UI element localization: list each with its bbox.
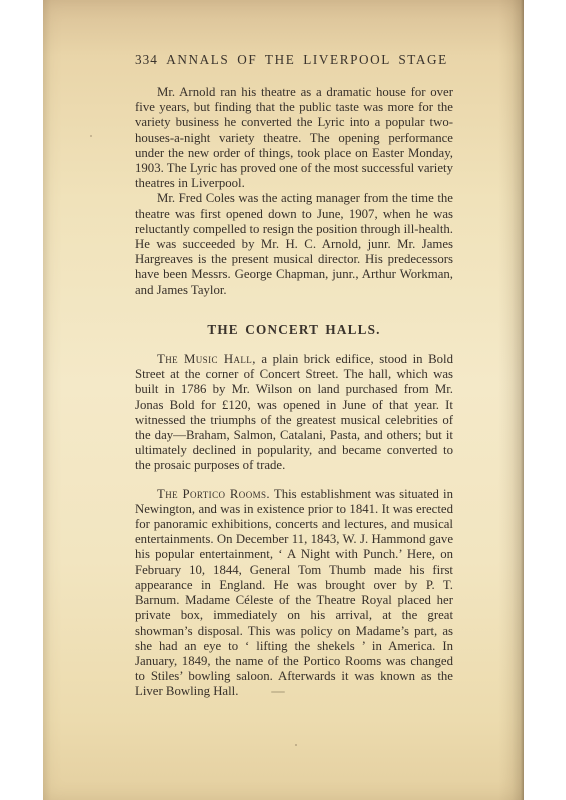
running-title: ANNALS OF THE LIVERPOOL STAGE bbox=[135, 52, 453, 67]
music-hall-text: a plain brick edifice, stood in Bold Str… bbox=[135, 352, 453, 472]
portico-rooms-text: This establishment was situated in Newin… bbox=[135, 487, 453, 699]
paragraph-arnold: Mr. Arnold ran his theatre as a dramatic… bbox=[135, 85, 453, 191]
scanned-book-page: 334 ANNALS OF THE LIVERPOOL STAGE Mr. Ar… bbox=[43, 0, 524, 800]
scan-speck bbox=[90, 135, 92, 137]
page-left-edge-shading bbox=[43, 0, 51, 800]
portico-rooms-lead-smallcaps: The Portico Rooms. bbox=[157, 487, 270, 501]
page-number: 334 bbox=[135, 52, 158, 67]
page-right-edge-shading bbox=[498, 0, 524, 800]
running-head: 334 ANNALS OF THE LIVERPOOL STAGE bbox=[135, 52, 453, 69]
page-text-block: 334 ANNALS OF THE LIVERPOOL STAGE Mr. Ar… bbox=[135, 52, 453, 700]
paragraph-portico-rooms: The Portico Rooms. This establishment wa… bbox=[135, 487, 453, 700]
section-heading: THE CONCERT HALLS. bbox=[135, 322, 453, 337]
scan-speck bbox=[295, 744, 297, 746]
paragraph-coles: Mr. Fred Coles was the acting manager fr… bbox=[135, 191, 453, 297]
paragraph-music-hall: The Music Hall, a plain brick edifice, s… bbox=[135, 352, 453, 474]
music-hall-lead-smallcaps: The Music Hall, bbox=[157, 352, 256, 366]
